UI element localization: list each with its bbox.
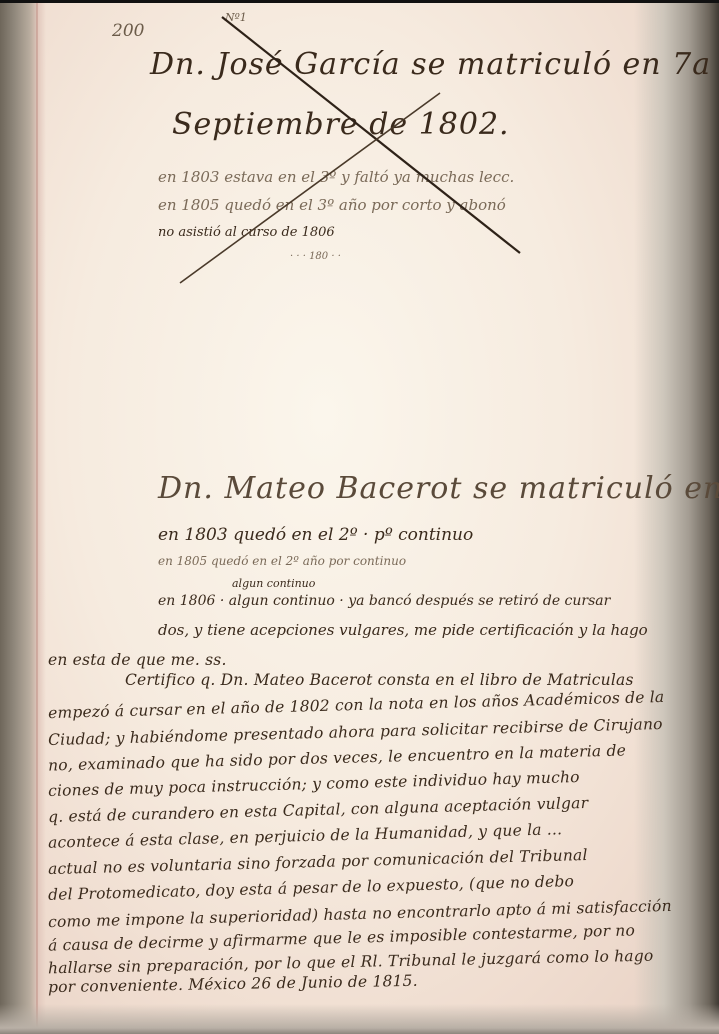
folio-note: Nº1	[225, 11, 247, 24]
cert-line: acontece á esta clase, en perjuicio de l…	[48, 820, 563, 851]
entry-2-interlinear-note: algun continuo	[232, 577, 315, 590]
entry-2-note-3: en 1806 · algun continuo · ya bancó desp…	[158, 593, 610, 609]
entry-1-note-1: en 1803 estava en el 3º y faltó ya mucha…	[158, 168, 514, 186]
entry-1-note-2: en 1805 quedó en el 3º año por corto y a…	[158, 196, 506, 214]
entry-2-note-1: en 1803 quedó en el 2º · pº continuo	[158, 525, 473, 545]
cert-line: en esta de que me. ss.	[48, 651, 227, 669]
entry-2-continuation: dos, y tiene acepciones vulgares, me pid…	[158, 621, 648, 639]
cert-line: ciones de muy poca instrucción; y como e…	[48, 768, 580, 800]
folio-number: 200	[112, 21, 144, 41]
entry-2-note-2: en 1805 quedó en el 2º año por continuo	[158, 554, 406, 568]
entry-1-scribble: · · · 180 · ·	[290, 251, 341, 262]
entry-1-heading-line-2: Septiembre de 1802.	[172, 107, 510, 142]
manuscript-scan: 200 Nº1 Dn. José García se matriculó en …	[0, 0, 719, 1034]
entry-1-note-3: no asistió al curso de 1806	[158, 225, 335, 240]
page-margin-line	[36, 3, 38, 1034]
cert-line: del Protomedicato, doy esta á pesar de l…	[48, 872, 574, 904]
entry-2-heading: Dn. Mateo Bacerot se matriculó en ...	[158, 471, 719, 506]
cert-line: Certifico q. Dn. Mateo Bacerot consta en…	[125, 671, 634, 689]
entry-1-heading-line-1: Dn. José García se matriculó en 7a	[150, 47, 711, 82]
